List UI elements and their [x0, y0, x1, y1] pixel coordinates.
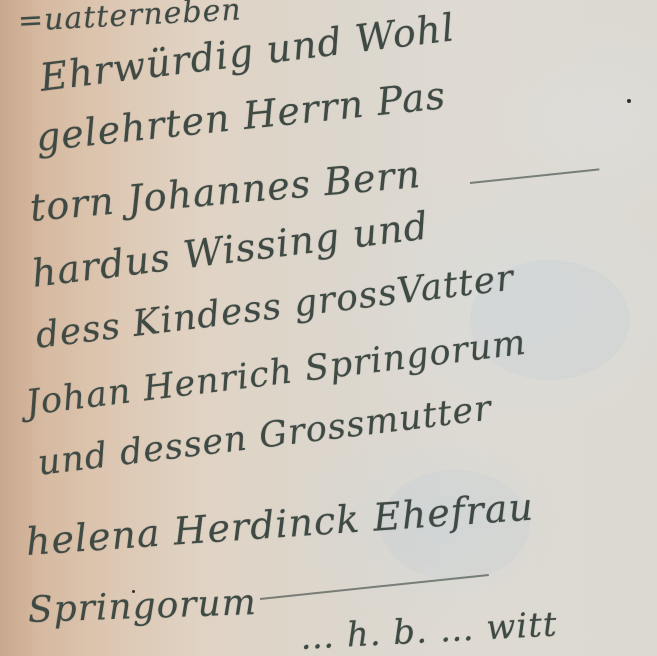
manuscript-line-11: … h. b. … witt — [299, 605, 559, 656]
flourish-line — [470, 168, 599, 183]
manuscript-page: =uatterneben Ehrwürdig und Wohl gelehrte… — [0, 0, 657, 656]
manuscript-line-9: helena Herdinck Ehefrau — [24, 485, 535, 564]
flourish-line — [260, 574, 489, 600]
ink-spot — [132, 590, 135, 593]
manuscript-line-1: =uatterneben — [17, 0, 242, 39]
ink-spot — [627, 99, 631, 103]
manuscript-line-10: Springorum — [27, 582, 257, 631]
